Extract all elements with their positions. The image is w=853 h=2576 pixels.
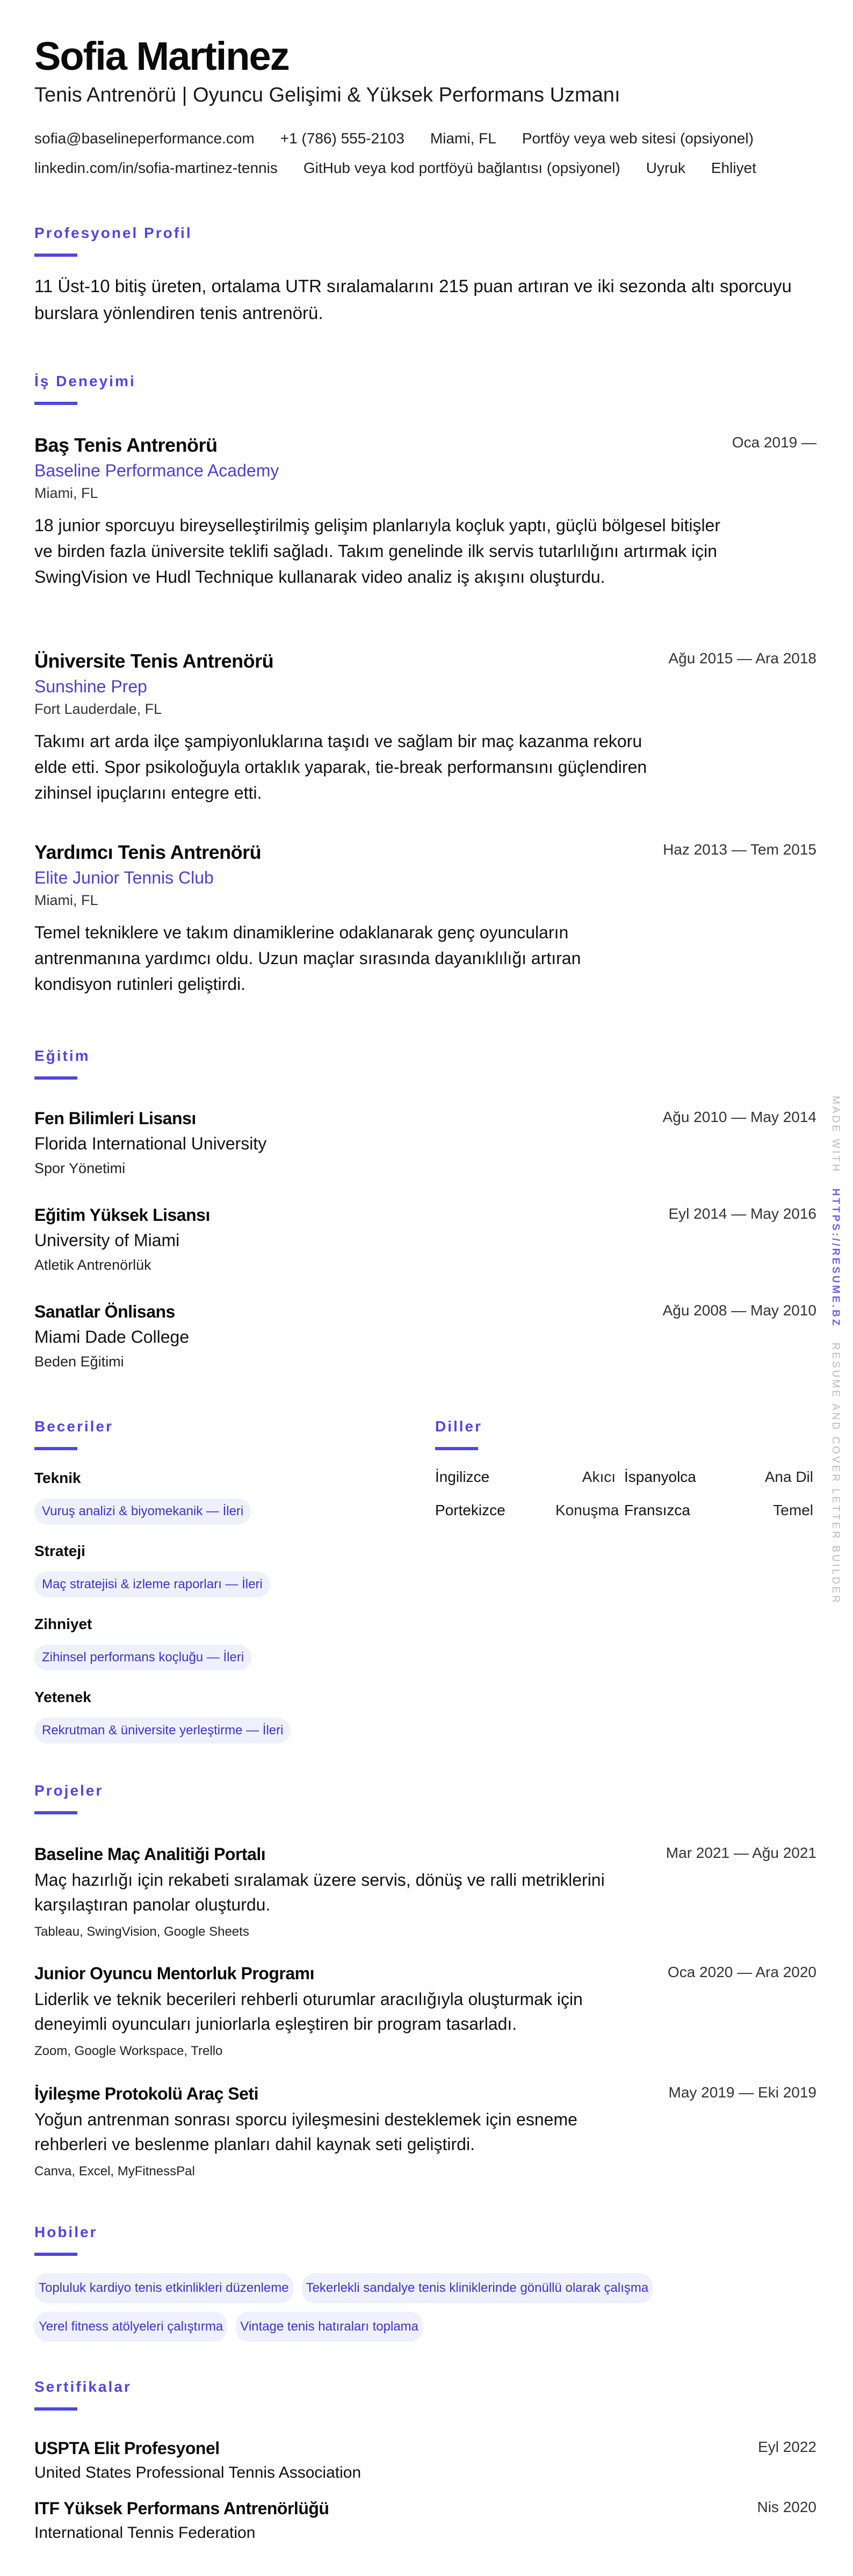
job-description: Takımı art arda ilçe şampiyonluklarına t… [34, 728, 652, 806]
job-date: Oca 2019 — [732, 434, 816, 451]
hobbies-list: Topluluk kardiyo tenis etkinlikleri düze… [34, 2273, 816, 2342]
skill-group: Teknik Vuruş analizi & biyomekanik — İle… [34, 1470, 251, 1524]
skill-category: Yetenek [34, 1689, 291, 1706]
job-location: Miami, FL [34, 485, 816, 502]
section-heading: Sertifikalar [34, 2378, 816, 2396]
skill-category: Teknik [34, 1470, 251, 1487]
job-company: Sunshine Prep [34, 677, 816, 697]
language-level: Konuşma [555, 1502, 624, 1519]
language-level: Temel [744, 1502, 813, 1519]
section-certifications: Sertifikalar [34, 2378, 816, 2411]
language-name: Portekizce [435, 1502, 555, 1519]
certification-date: Eyl 2022 [758, 2438, 816, 2456]
project-tech: Zoom, Google Workspace, Trello [34, 2044, 816, 2059]
section-divider [34, 1811, 77, 1814]
job-date: Ağu 2015 — Ara 2018 [668, 650, 816, 667]
section-heading: Eğitim [34, 1047, 816, 1065]
contact-nationality: Uyruk [646, 160, 685, 177]
skill-chip: Maç stratejisi & izleme raporları — İler… [34, 1572, 270, 1597]
project-item: Baseline Maç Analitiği Portalı Mar 2021 … [34, 1844, 816, 1940]
contact-row-1: sofia@baselineperformance.com +1 (786) 5… [34, 130, 754, 147]
watermark-prefix: MADE WITH [830, 1096, 841, 1174]
project-tech: Canva, Excel, MyFitnessPal [34, 2164, 816, 2179]
language-level: Akıcı [555, 1468, 624, 1486]
certification-date: Nis 2020 [757, 2499, 816, 2516]
section-education: Eğitim [34, 1047, 816, 1080]
section-heading: Beceriler [34, 1418, 410, 1435]
job-description: Temel tekniklere ve takım dinamiklerine … [34, 920, 620, 997]
job-company: Elite Junior Tennis Club [34, 868, 816, 888]
project-item: Junior Oyuncu Mentorluk Programı Oca 202… [34, 1964, 816, 2059]
job-title: Baş Tenis Antrenörü [34, 434, 816, 457]
certification-item: ITF Yüksek Performans Antrenörlüğü Nis 2… [34, 2499, 816, 2542]
watermark-link[interactable]: HTTPS://RESUME.BZ [830, 1189, 841, 1328]
skill-chip: Rekrutman & üniversite yerleştirme — İle… [34, 1718, 291, 1743]
hobby-chip: Topluluk kardiyo tenis etkinlikleri düze… [34, 2273, 293, 2303]
contact-linkedin[interactable]: linkedin.com/in/sofia-martinez-tennis [34, 160, 278, 177]
project-item: İyileşme Protokolü Araç Seti May 2019 — … [34, 2084, 816, 2179]
skill-group: Zihniyet Zihinsel performans koçluğu — İ… [34, 1616, 251, 1670]
certification-title: ITF Yüksek Performans Antrenörlüğü [34, 2499, 816, 2519]
contact-license: Ehliyet [711, 160, 756, 177]
job-location: Miami, FL [34, 892, 816, 909]
job-date: Haz 2013 — Tem 2015 [663, 841, 816, 858]
section-divider [34, 1447, 77, 1450]
section-heading: Projeler [34, 1782, 816, 1799]
field-of-study: Atletik Antrenörlük [34, 1257, 816, 1273]
contact-location: Miami, FL [430, 130, 496, 147]
contact-row-2: linkedin.com/in/sofia-martinez-tennis Gi… [34, 160, 756, 177]
institution: Florida International University [34, 1134, 816, 1154]
certification-title: USPTA Elit Profesyonel [34, 2438, 816, 2458]
certification-item: USPTA Elit Profesyonel Eyl 2022 United S… [34, 2438, 816, 2482]
project-description: Yoğun antrenman sonrası sporcu iyileşmes… [34, 2107, 636, 2157]
skill-chip: Vuruş analizi & biyomekanik — İleri [34, 1499, 251, 1524]
institution: Miami Dade College [34, 1327, 816, 1347]
project-tech: Tableau, SwingVision, Google Sheets [34, 1924, 816, 1940]
language-name: Fransızca [624, 1502, 744, 1519]
education-date: Ağu 2010 — May 2014 [663, 1109, 816, 1126]
contact-github[interactable]: GitHub veya kod portföyü bağlantısı (ops… [303, 160, 620, 177]
education-item: Eğitim Yüksek Lisansı Eyl 2014 — May 201… [34, 1205, 816, 1273]
contact-phone[interactable]: +1 (786) 555-2103 [280, 130, 404, 147]
skill-chip: Zihinsel performans koçluğu — İleri [34, 1645, 251, 1670]
languages-list: İngilizce Akıcı İspanyolca Ana Dil Porte… [435, 1468, 813, 1519]
contact-email[interactable]: sofia@baselineperformance.com [34, 130, 255, 147]
experience-item: Baş Tenis Antrenörü Oca 2019 — Baseline … [34, 434, 816, 590]
language-level: Ana Dil [744, 1468, 813, 1486]
certification-issuer: International Tennis Federation [34, 2524, 816, 2542]
project-description: Liderlik ve teknik becerileri rehberli o… [34, 1987, 652, 2036]
hobby-chip: Vintage tenis hatıraları toplama [236, 2312, 423, 2342]
hobby-chip: Yerel fitness atölyeleri çalıştırma [34, 2312, 227, 2342]
profile-summary: 11 Üst-10 bitiş üreten, ortalama UTR sır… [34, 273, 797, 327]
contact-website[interactable]: Portföy veya web sitesi (opsiyonel) [522, 130, 754, 147]
project-date: May 2019 — Eki 2019 [669, 2084, 817, 2101]
education-date: Ağu 2008 — May 2010 [663, 1302, 816, 1319]
project-date: Mar 2021 — Ağu 2021 [666, 1844, 816, 1862]
certification-issuer: United States Professional Tennis Associ… [34, 2464, 816, 2482]
section-heading: Hobiler [34, 2224, 816, 2241]
section-divider [435, 1447, 478, 1450]
skill-group: Strateji Maç stratejisi & izleme raporla… [34, 1543, 270, 1597]
section-divider [34, 1076, 77, 1080]
project-description: Maç hazırlığı için rekabeti sıralamak üz… [34, 1868, 652, 1917]
section-divider [34, 254, 77, 257]
experience-item: Yardımcı Tenis Antrenörü Haz 2013 — Tem … [34, 841, 816, 997]
builder-watermark: MADE WITH HTTPS://RESUME.BZ RESUME AND C… [829, 1096, 841, 1605]
skill-group: Yetenek Rekrutman & üniversite yerleştir… [34, 1689, 291, 1743]
experience-item: Üniversite Tenis Antrenörü Ağu 2015 — Ar… [34, 650, 816, 806]
job-description: 18 junior sporcuyu bireyselleştirilmiş g… [34, 512, 722, 590]
section-heading: İş Deneyimi [34, 373, 816, 390]
hobby-chip: Tekerlekli sandalye tenis kliniklerinde … [302, 2273, 653, 2303]
education-item: Fen Bilimleri Lisansı Ağu 2010 — May 201… [34, 1109, 816, 1177]
language-name: İngilizce [435, 1468, 555, 1486]
institution: University of Miami [34, 1231, 816, 1250]
section-heading: Diller [435, 1418, 811, 1435]
field-of-study: Spor Yönetimi [34, 1160, 816, 1177]
candidate-name: Sofia Martinez [34, 33, 289, 79]
skill-category: Strateji [34, 1543, 270, 1560]
section-languages: Diller [435, 1418, 811, 1450]
education-date: Eyl 2014 — May 2016 [669, 1205, 817, 1222]
job-location: Fort Lauderdale, FL [34, 701, 816, 718]
language-name: İspanyolca [624, 1468, 744, 1486]
section-projects: Projeler [34, 1782, 816, 1814]
field-of-study: Beden Eğitimi [34, 1354, 816, 1370]
section-divider [34, 402, 77, 405]
section-divider [34, 2253, 77, 2256]
project-date: Oca 2020 — Ara 2020 [668, 1964, 816, 1981]
job-company: Baseline Performance Academy [34, 461, 816, 481]
section-profile: Profesyonel Profil 11 Üst-10 bitiş ürete… [34, 225, 816, 327]
section-skills: Beceriler [34, 1418, 410, 1450]
section-divider [34, 2407, 77, 2411]
section-hobbies: Hobiler [34, 2224, 816, 2256]
skill-category: Zihniyet [34, 1616, 251, 1633]
candidate-headline: Tenis Antrenörü | Oyuncu Gelişimi & Yüks… [34, 84, 620, 107]
section-heading: Profesyonel Profil [34, 225, 816, 242]
education-item: Sanatlar Önlisans Ağu 2008 — May 2010 Mi… [34, 1302, 816, 1370]
section-experience: İş Deneyimi [34, 373, 816, 405]
watermark-suffix: RESUME AND COVER LETTER BUILDER [830, 1342, 841, 1604]
